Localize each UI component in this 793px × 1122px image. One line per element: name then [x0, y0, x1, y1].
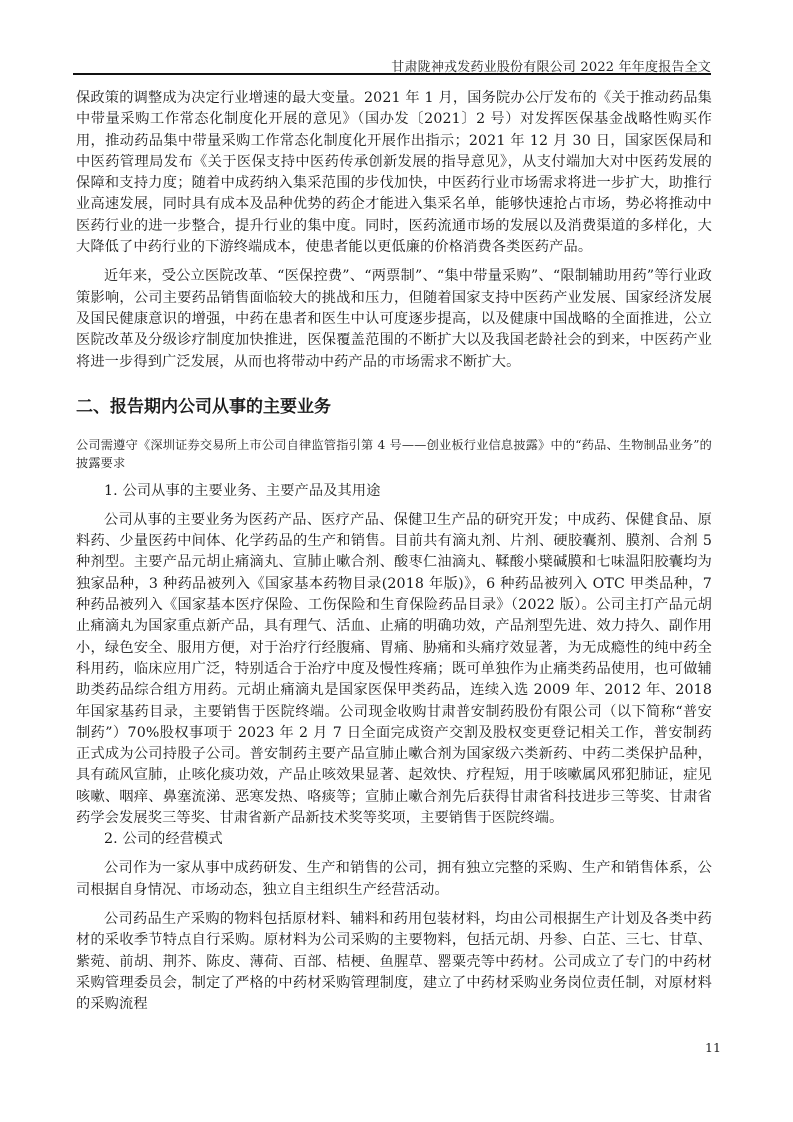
disclosure-note: 公司需遵守《深圳证券交易所上市公司自律监管指引第 4 号——创业板行业信息披露》…: [76, 436, 712, 472]
header-divider: [73, 73, 711, 75]
subheading-business-model: 2. 公司的经营模式: [76, 829, 712, 850]
paragraph-policy-continuation: 保政策的调整成为决定行业增速的最大变量。2021 年 1 月，国务院办公厅发布的…: [76, 88, 712, 258]
subheading-main-business: 1. 公司从事的主要业务、主要产品及其用途: [76, 481, 712, 502]
page-body: 保政策的调整成为决定行业增速的最大变量。2021 年 1 月，国务院办公厅发布的…: [76, 88, 712, 1015]
section-title: 二、报告期内公司从事的主要业务: [76, 394, 712, 420]
paragraph-business-model: 公司作为一家从事中成药研发、生产和销售的公司，拥有独立完整的采购、生产和销售体系…: [76, 858, 712, 901]
page-number: 11: [705, 1040, 721, 1055]
paragraph-industry-outlook: 近年来，受公立医院改革、“医保控费”、“两票制”、“集中带量采购”、“限制辅助用…: [76, 266, 712, 372]
paragraph-procurement: 公司药品生产采购的物料包括原材料、辅料和药用包装材料，均由公司根据生产计划及各类…: [76, 909, 712, 1015]
paragraph-main-business: 公司从事的主要业务为医药产品、医疗产品、保健卫生产品的研究开发；中成药、保健食品…: [76, 510, 712, 829]
